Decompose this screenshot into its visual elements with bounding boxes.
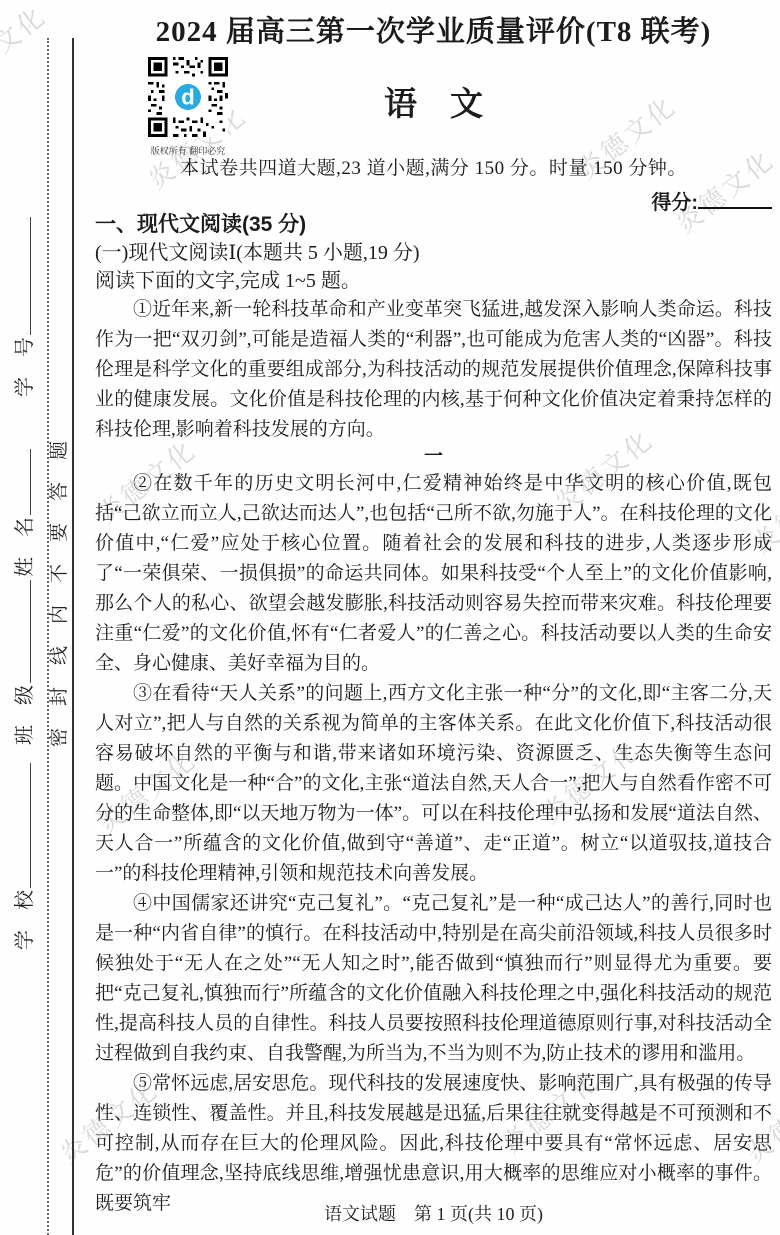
student-number-blank-line[interactable] bbox=[14, 217, 31, 335]
seal-text-row: 密封线内不要答题 bbox=[44, 0, 72, 1235]
seal-margin-strip: 学 校 班 级 姓 名 学 号 密封线内不要答题 bbox=[0, 0, 86, 1235]
paragraph-1: ①近年来,新一轮科技革命和产业变革突飞猛进,越发深入影响人类命运。科技作为一把“… bbox=[95, 295, 772, 445]
subsection-1-title: (一)现代文阅读Ⅰ(本题共 5 小题,19 分) bbox=[95, 239, 772, 267]
qr-caption: 版权所有 翻印必究 bbox=[147, 144, 229, 157]
main-content: 2024 届高三第一次学业质量评价(T8 联考) bbox=[95, 0, 772, 1219]
reading-instruction: 阅读下面的文字,完成 1~5 题。 bbox=[95, 267, 772, 295]
name-field: 姓 名 bbox=[8, 449, 37, 577]
score-label: 得分: bbox=[651, 192, 698, 214]
student-info-fields: 学 校 班 级 姓 名 学 号 bbox=[8, 0, 40, 1235]
paragraph-2: ②在数千年的历史文明长河中,仁爱精神始终是中华文明的核心价值,既包括“己欲立而立… bbox=[95, 469, 772, 679]
section-1-title: 一、现代文阅读(35 分) bbox=[95, 211, 772, 239]
school-label: 学 校 bbox=[14, 890, 36, 950]
qr-block: d 版权所有 翻印必究 bbox=[147, 57, 229, 157]
paragraph-4: ④中国儒家还讲究“克己复礼”。“克己复礼”是一种“成己达人”的善行,同时也是一种… bbox=[95, 889, 772, 1069]
school-blank-line[interactable] bbox=[14, 763, 31, 888]
paragraph-5: ⑤常怀远虑,居安思危。现代科技的发展速度快、影响范围广,具有极强的传导性、连锁性… bbox=[95, 1069, 772, 1219]
school-field: 学 校 bbox=[8, 763, 37, 950]
svg-text:d: d bbox=[181, 84, 194, 109]
class-blank-line[interactable] bbox=[14, 580, 31, 683]
name-label: 姓 名 bbox=[14, 517, 36, 577]
student-number-label: 学 号 bbox=[14, 337, 36, 397]
text-part-marker: 一 bbox=[95, 445, 772, 469]
class-field: 班 级 bbox=[8, 580, 37, 745]
seal-warning-text: 密封线内不要答题 bbox=[44, 419, 71, 747]
exam-page: 炎德文化 炎德文化 炎德文化 炎德文化 炎德文化 炎德文化 炎德文化 炎德文化 … bbox=[0, 0, 780, 1235]
page-footer: 语文试题 第 1 页(共 10 页) bbox=[95, 1200, 772, 1226]
qr-code-icon: d bbox=[148, 57, 228, 137]
exam-title: 2024 届高三第一次学业质量评价(T8 联考) bbox=[95, 14, 772, 50]
score-blank-line[interactable] bbox=[698, 189, 772, 209]
name-blank-line[interactable] bbox=[14, 449, 31, 515]
class-label: 班 级 bbox=[14, 685, 36, 745]
paragraph-3: ③在看待“天人关系”的问题上,西方文化主张一种“分”的文化,即“主客二分,天人对… bbox=[95, 679, 772, 889]
student-number-field: 学 号 bbox=[8, 217, 37, 397]
exam-info-line: 本试卷共四道大题,23 道小题,满分 150 分。时量 150 分钟。 bbox=[95, 157, 772, 181]
score-line: 得分: bbox=[651, 186, 772, 215]
